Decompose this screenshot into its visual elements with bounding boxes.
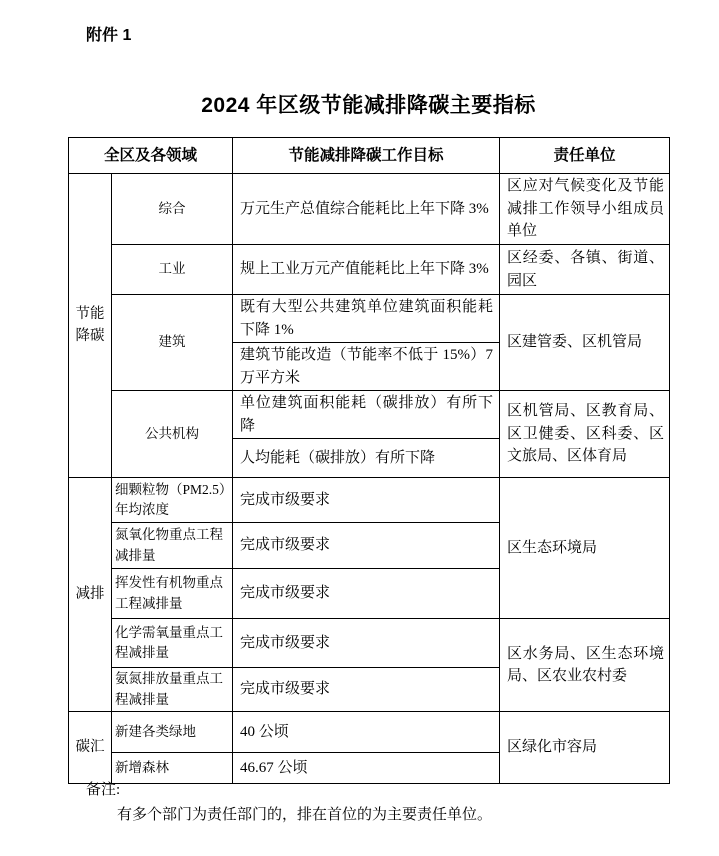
category-comprehensive: 综合 (112, 174, 233, 245)
group-label-energy-carbon: 节能降碳 (69, 174, 112, 478)
category-green-space: 新建各类绿地 (112, 712, 233, 753)
category-voc: 挥发性有机物重点工程减排量 (112, 569, 233, 619)
target-pm25: 完成市级要求 (233, 478, 500, 523)
header-area: 全区及各领域 (69, 138, 233, 174)
category-public-institutions: 公共机构 (112, 391, 233, 478)
notes-text: 有多个部门为责任部门的，排在首位的为主要责任单位。 (117, 803, 492, 824)
target-building-1: 既有大型公共建筑单位建筑面积能耗下降 1% (233, 295, 500, 343)
unit-industry: 区经委、各镇、街道、园区 (500, 245, 670, 295)
notes-label: 备注: (86, 778, 120, 799)
target-voc: 完成市级要求 (233, 569, 500, 619)
document-page: 附件 1 2024 年区级节能减排降碳主要指标 全区及各领域 节能减排降碳工作目… (0, 0, 719, 856)
attachment-label: 附件 1 (86, 22, 131, 45)
group-label-emission-reduction: 减排 (69, 478, 112, 712)
category-nox: 氮氧化物重点工程减排量 (112, 523, 233, 569)
unit-comprehensive: 区应对气候变化及节能减排工作领导小组成员单位 (500, 174, 670, 245)
category-industry: 工业 (112, 245, 233, 295)
group-label-carbon-sink: 碳汇 (69, 712, 112, 784)
table-row: 建筑 既有大型公共建筑单位建筑面积能耗下降 1% 区建管委、区机管局 (69, 295, 670, 343)
target-nox: 完成市级要求 (233, 523, 500, 569)
target-public-1: 单位建筑面积能耗（碳排放）有所下降 (233, 391, 500, 439)
table-header-row: 全区及各领域 节能减排降碳工作目标 责任单位 (69, 138, 670, 174)
page-title: 2024 年区级节能减排降碳主要指标 (68, 89, 669, 119)
unit-ecology-bureau: 区生态环境局 (500, 478, 670, 619)
unit-building: 区建管委、区机管局 (500, 295, 670, 391)
category-pm25: 细颗粒物（PM2.5）年均浓度 (112, 478, 233, 523)
target-cod: 完成市级要求 (233, 619, 500, 668)
header-target: 节能减排降碳工作目标 (233, 138, 500, 174)
table-row: 工业 规上工业万元产值能耗比上年下降 3% 区经委、各镇、街道、园区 (69, 245, 670, 295)
category-building: 建筑 (112, 295, 233, 391)
target-building-2: 建筑节能改造（节能率不低于 15%）7 万平方米 (233, 343, 500, 391)
target-ammonia: 完成市级要求 (233, 668, 500, 712)
table-row: 碳汇 新建各类绿地 40 公顷 区绿化市容局 (69, 712, 670, 753)
category-new-forest: 新增森林 (112, 753, 233, 784)
category-ammonia: 氨氮排放量重点工程减排量 (112, 668, 233, 712)
unit-greening-bureau: 区绿化市容局 (500, 712, 670, 784)
target-comprehensive: 万元生产总值综合能耗比上年下降 3% (233, 174, 500, 245)
indicators-table: 全区及各领域 节能减排降碳工作目标 责任单位 节能降碳 综合 万元生产总值综合能… (68, 137, 670, 784)
target-public-2: 人均能耗（碳排放）有所下降 (233, 439, 500, 478)
target-green-space: 40 公顷 (233, 712, 500, 753)
table-row: 公共机构 单位建筑面积能耗（碳排放）有所下降 区机管局、区教育局、区卫健委、区科… (69, 391, 670, 439)
unit-water-bureau: 区水务局、区生态环境局、区农业农村委 (500, 619, 670, 712)
header-unit: 责任单位 (500, 138, 670, 174)
table-row: 化学需氧量重点工程减排量 完成市级要求 区水务局、区生态环境局、区农业农村委 (69, 619, 670, 668)
category-cod: 化学需氧量重点工程减排量 (112, 619, 233, 668)
target-new-forest: 46.67 公顷 (233, 753, 500, 784)
table-row: 节能降碳 综合 万元生产总值综合能耗比上年下降 3% 区应对气候变化及节能减排工… (69, 174, 670, 245)
target-industry: 规上工业万元产值能耗比上年下降 3% (233, 245, 500, 295)
unit-public: 区机管局、区教育局、区卫健委、区科委、区文旅局、区体育局 (500, 391, 670, 478)
table-row: 减排 细颗粒物（PM2.5）年均浓度 完成市级要求 区生态环境局 (69, 478, 670, 523)
